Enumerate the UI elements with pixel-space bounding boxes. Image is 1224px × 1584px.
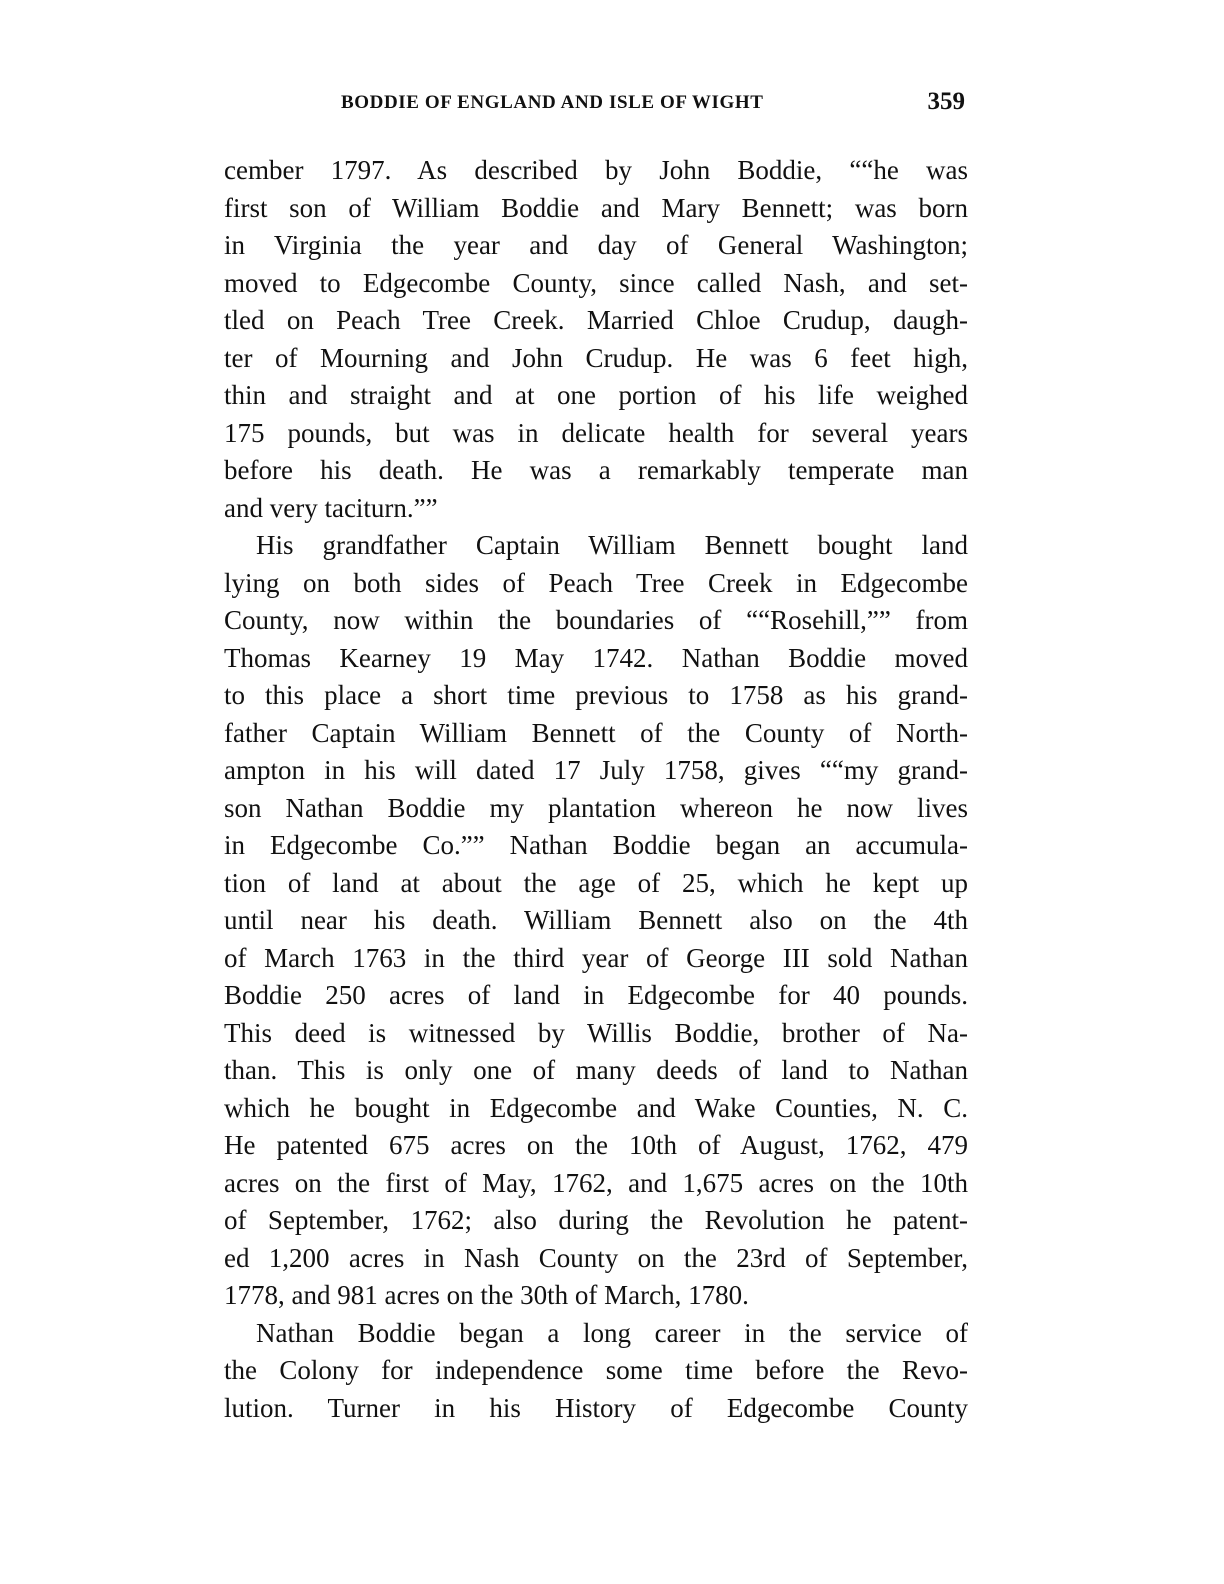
text-line: of September, 1762; also during the Revo… [224, 1202, 968, 1240]
text-line: tion of land at about the age of 25, whi… [224, 865, 968, 903]
text-line: in Virginia the year and day of General … [224, 227, 968, 265]
paragraph-3: Nathan Boddie began a long career in the… [224, 1315, 968, 1428]
text-line: Nathan Boddie began a long career in the… [224, 1315, 968, 1353]
text-line: 175 pounds, but was in delicate health f… [224, 415, 968, 453]
body-text: cember 1797. As described by John Boddie… [224, 152, 968, 1427]
text-line: father Captain William Bennett of the Co… [224, 715, 968, 753]
text-line: moved to Edgecombe County, since called … [224, 265, 968, 303]
text-line: He patented 675 acres on the 10th of Aug… [224, 1127, 968, 1165]
text-line: to this place a short time previous to 1… [224, 677, 968, 715]
running-title: BODDIE OF ENGLAND AND ISLE OF WIGHT [341, 92, 764, 114]
text-line: son Nathan Boddie my plantation whereon … [224, 790, 968, 828]
text-line: until near his death. William Bennett al… [224, 902, 968, 940]
text-line: lying on both sides of Peach Tree Creek … [224, 565, 968, 603]
text-line: ter of Mourning and John Crudup. He was … [224, 340, 968, 378]
paragraph-2: His grandfather Captain William Bennett … [224, 527, 968, 1315]
book-page: BODDIE OF ENGLAND AND ISLE OF WIGHT 359 … [0, 0, 1224, 1584]
text-line: Boddie 250 acres of land in Edgecombe fo… [224, 977, 968, 1015]
text-line: Thomas Kearney 19 May 1742. Nathan Boddi… [224, 640, 968, 678]
text-line: before his death. He was a remarkably te… [224, 452, 968, 490]
text-line: 1778, and 981 acres on the 30th of March… [224, 1277, 968, 1315]
text-line: This deed is witnessed by Willis Boddie,… [224, 1015, 968, 1053]
text-line: than. This is only one of many deeds of … [224, 1052, 968, 1090]
text-line: the Colony for independence some time be… [224, 1352, 968, 1390]
page-number: 359 [928, 88, 966, 116]
text-line: which he bought in Edgecombe and Wake Co… [224, 1090, 968, 1128]
text-line: ampton in his will dated 17 July 1758, g… [224, 752, 968, 790]
text-line: in Edgecombe Co.”” Nathan Boddie began a… [224, 827, 968, 865]
running-header: BODDIE OF ENGLAND AND ISLE OF WIGHT 359 [341, 88, 965, 124]
text-line: ed 1,200 acres in Nash County on the 23r… [224, 1240, 968, 1278]
text-line: thin and straight and at one portion of … [224, 377, 968, 415]
text-line: first son of William Boddie and Mary Ben… [224, 190, 968, 228]
text-line: tled on Peach Tree Creek. Married Chloe … [224, 302, 968, 340]
text-line: cember 1797. As described by John Boddie… [224, 152, 968, 190]
text-line: acres on the first of May, 1762, and 1,6… [224, 1165, 968, 1203]
text-line: County, now within the boundaries of ““R… [224, 602, 968, 640]
paragraph-1: cember 1797. As described by John Boddie… [224, 152, 968, 527]
text-line: lution. Turner in his History of Edgecom… [224, 1390, 968, 1428]
text-line: His grandfather Captain William Bennett … [224, 527, 968, 565]
text-line: and very taciturn.”” [224, 490, 968, 528]
text-line: of March 1763 in the third year of Georg… [224, 940, 968, 978]
